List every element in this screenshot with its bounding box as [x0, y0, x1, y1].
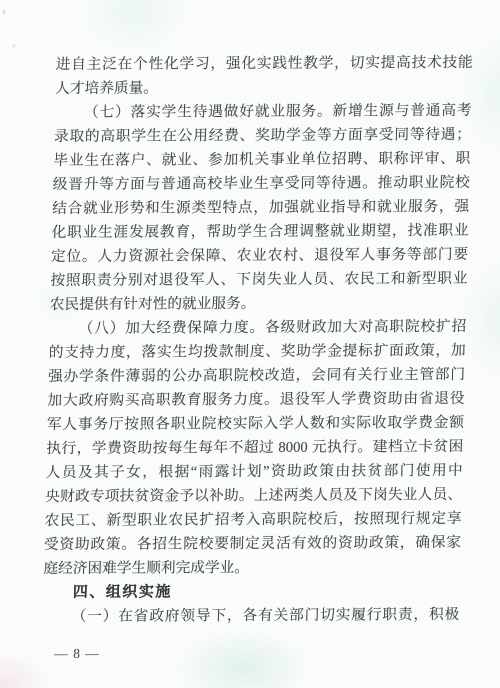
text-line: 定位。人力资源社会保障、农业农村、退役军人事务等部门要 [51, 243, 469, 269]
text-line: 农民工、新型职业农民扩招考入高职院校后，按照现行规定享 [44, 507, 462, 533]
text-line: 受资助政策。各招生院校要制定灵活有效的资助政策，确保家 [44, 531, 462, 557]
paragraph-start-line: （八）加大经费保障力度。各级财政加大对高职院校扩招 [49, 315, 467, 341]
text-line: 庭经济困难学生顺利完成学业。 [43, 555, 461, 581]
text-line: 结合就业形势和生源类型特点，加强就业指导和就业服务，强 [52, 195, 470, 221]
text-line: 强办学条件薄弱的公办高职院校改造，会同有关行业主管部门 [48, 363, 466, 389]
text-line: 农民提供有针对性的就业服务。 [50, 291, 468, 317]
text-line: 录取的高职学生在公用经费、奖助学金等方面享受同等待遇； [54, 123, 472, 149]
scan-speckle-artifact [0, 0, 60, 60]
text-line: 的支持力度，落实生均拨款制度、奖助学金提标扩面政策，加 [48, 339, 466, 365]
text-line: 执行，学费资助按每生每年不超过 8000 元执行。建档立卡贫困 [46, 435, 464, 461]
document-page: 进自主泛在个性化学习，强化实践性教学，切实提高技术技能 人才培养质量。 （七）落… [0, 0, 500, 688]
document-text-block: 进自主泛在个性化学习，强化实践性教学，切实提高技术技能 人才培养质量。 （七）落… [41, 51, 473, 666]
paragraph-start-line: （一）在省政府领导下，各有关部门切实履行职责，积极 [42, 603, 460, 629]
section-heading: 四、组织实施 [43, 579, 461, 605]
page-number: — 8 — [54, 640, 459, 666]
text-line: 化职业生涯发展教育，帮助学生合理调整就业期望，找准职业 [51, 219, 469, 245]
text-line: 央财政专项扶贫资金予以补助。上述两类人员及下岗失业人员、 [45, 483, 463, 509]
text-line: 人员及其子女，根据“雨露计划”资助政策由扶贫部门使用中 [45, 459, 463, 485]
text-line: 人才培养质量。 [55, 75, 473, 101]
text-line: 加大政府购买高职教育服务力度。退役军人学费资助由省退役 [47, 387, 465, 413]
text-line: 军人事务厅按照各职业院校实际入学人数和实际收取学费金额 [47, 411, 465, 437]
paragraph-start-line: （七）落实学生待遇做好就业服务。新增生源与普通高考 [54, 99, 472, 125]
text-line: 按照职责分别对退役军人、下岗失业人员、农民工和新型职业 [50, 267, 468, 293]
text-line: 进自主泛在个性化学习，强化实践性教学，切实提高技术技能 [55, 51, 473, 77]
text-line: 毕业生在落户、就业、参加机关事业单位招聘、职称评审、职 [53, 147, 471, 173]
text-line: 级晋升等方面与普通高校毕业生享受同等待遇。推动职业院校 [52, 171, 470, 197]
